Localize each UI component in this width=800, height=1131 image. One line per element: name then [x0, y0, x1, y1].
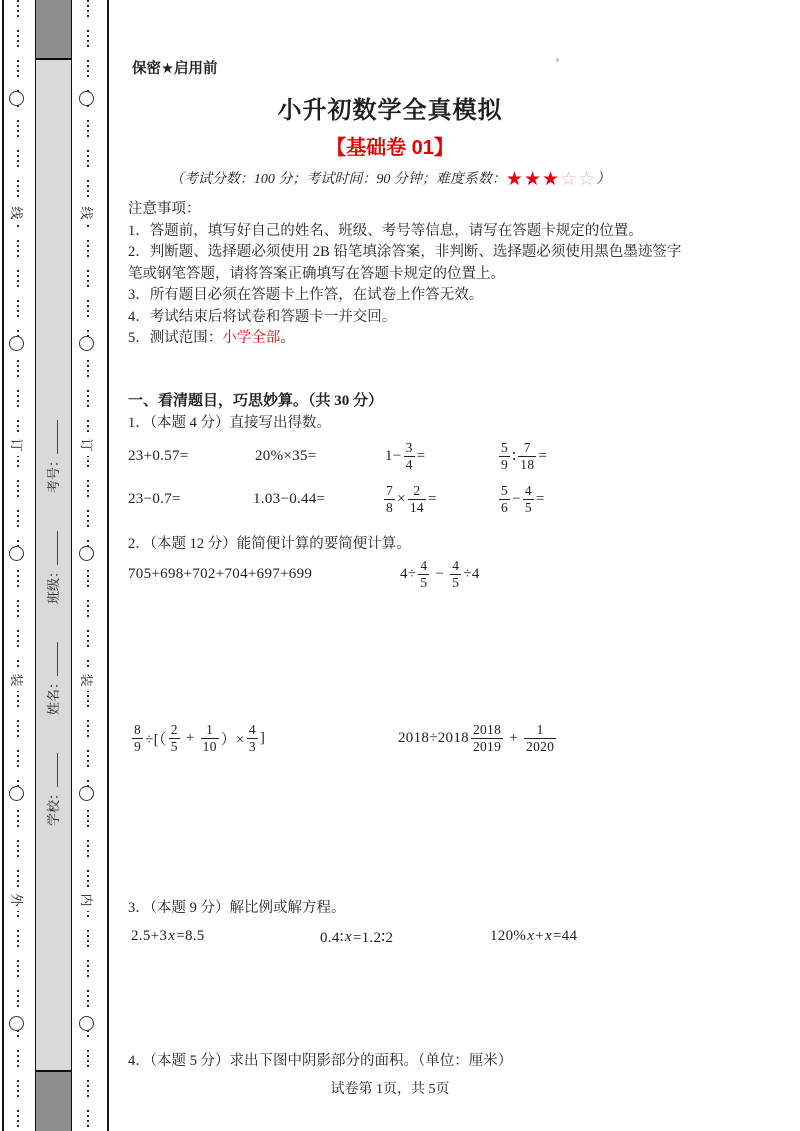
margin-separator-rule [107, 0, 109, 1131]
fraction: 34 [404, 440, 415, 471]
fraction: 45 [418, 558, 429, 589]
seal-circle [9, 1016, 24, 1031]
section-1-heading: 一、看清题目，巧思妙算。（共 30 分） [128, 389, 383, 410]
seal-dashed-line-right [87, 0, 89, 1131]
page-left-edge-rule [2, 0, 4, 1131]
paper-subtitle: 【基础卷 01】 [110, 131, 670, 160]
notice-item-5-prefix: 5．测试范围： [128, 330, 222, 346]
strip-dark-top [36, 0, 71, 60]
fraction: 89 [132, 722, 143, 753]
notice-item-4: 4．考试结束后将试卷和答题卡一并交回。 [128, 307, 688, 329]
page-footer: 试卷第 1页，共 5页 [110, 1078, 670, 1098]
question-2-text: 2．（本题 12 分）能简便计算的要简便计算。 [128, 532, 411, 553]
q1-expr-2: 20%×35= [255, 438, 317, 474]
q2-expr-1: 705+698+702+704+697+699 [128, 556, 312, 592]
seal-circle [9, 91, 24, 106]
notice-heading: 注意事项： [128, 199, 688, 221]
notice-item-2-cont: 笔或钢笔答题，请将答案正确填写在答题卡规定的位置上。 [128, 264, 688, 286]
seal-char-line: 线 [78, 202, 98, 224]
seal-char-bind: 装 [78, 669, 98, 691]
seal-char-stitch: 订 [8, 434, 28, 456]
examno-field: 考号： [46, 420, 61, 493]
seal-circle [79, 91, 94, 106]
fraction: 43 [247, 722, 258, 753]
star-filled-icons: ★★★ [506, 169, 560, 190]
page-title: 小升初数学全真模拟 [110, 90, 670, 125]
name-field: 姓名： [46, 642, 61, 715]
q1-expr-7: 78×214= [382, 481, 437, 517]
question-4-text: 4．（本题 5 分）求出下图中阴影部分的面积。（单位：厘米） [128, 1049, 512, 1070]
fraction: 12020 [524, 722, 556, 753]
exam-info-line: （考试分数：100 分；考试时间：90 分钟；难度系数：★★★☆☆） [110, 168, 670, 191]
notice-item-1: 1．答题前，填写好自己的姓名、班级、考号等信息，请写在答题卡规定的位置。 [128, 221, 688, 243]
seal-circle [9, 336, 24, 351]
name-blank [46, 642, 58, 676]
q3-eq-1: 2.5+3x=8.5 [131, 928, 205, 945]
q1-expr-1: 23+0.57= [128, 438, 189, 474]
seal-char-bind: 装 [8, 669, 28, 691]
star-empty-icons: ☆☆ [560, 169, 596, 190]
q1-expr-6: 1.03−0.44= [253, 481, 325, 517]
school-blank [46, 753, 58, 787]
fraction: 45 [523, 483, 534, 514]
notice-item-2: 2．判断题、选择题必须使用 2B 铅笔填涂答案，非判断、选择题必须使用黑色墨迹签… [128, 242, 688, 264]
seal-circle [9, 786, 24, 801]
exam-paper-page: { "seal": { "left_chars": ["线", "订", "装"… [0, 0, 800, 1131]
notice-item-5-suffix: 。 [280, 330, 295, 346]
print-speck [556, 58, 559, 62]
examno-blank [46, 420, 58, 454]
seal-circle [79, 786, 94, 801]
seal-char-inner: 内 [78, 889, 98, 911]
school-label: 学校： [46, 787, 61, 826]
notice-item-5: 5．测试范围：小学全部。 [128, 328, 688, 350]
fraction: 718 [518, 440, 536, 471]
fraction: 214 [408, 483, 426, 514]
seal-circle [79, 1016, 94, 1031]
exam-info-suffix: ） [596, 172, 610, 187]
notice-section: 注意事项： 1．答题前，填写好自己的姓名、班级、考号等信息，请写在答题卡规定的位… [128, 199, 688, 350]
seal-char-stitch: 订 [78, 434, 98, 456]
fraction: 25 [169, 722, 180, 753]
q1-expr-4: 59∶718= [497, 438, 547, 474]
q3-eq-2: 0.4∶x=1.2∶2 [320, 928, 393, 947]
q2-expr-3: 89÷[（25 + 110）×43] [130, 716, 265, 760]
seal-dashed-line-left [17, 0, 19, 1131]
class-blank [46, 531, 58, 565]
fraction: 110 [201, 722, 219, 753]
question-1-text: 1．（本题 4 分）直接写出得数。 [128, 411, 331, 432]
seal-circle [79, 546, 94, 561]
seal-circle [79, 336, 94, 351]
secrecy-notice: 保密★启用前 [132, 57, 218, 78]
fraction: 20182019 [471, 722, 503, 753]
q3-eq-3: 120%x+x=44 [490, 928, 577, 945]
seal-circle [9, 546, 24, 561]
fraction: 59 [499, 440, 510, 471]
seal-char-line: 线 [8, 202, 28, 224]
notice-item-3: 3．所有题目必须在答题卡上作答，在试卷上作答无效。 [128, 285, 688, 307]
school-field: 学校： [46, 753, 61, 826]
fraction: 78 [384, 483, 395, 514]
student-info-fields: 学校：姓名：班级：考号： [37, 376, 71, 832]
question-3-text: 3．（本题 9 分）解比例或解方程。 [128, 896, 346, 917]
fraction: 56 [499, 483, 510, 514]
q2-expr-4: 2018÷201820182019 + 12020 [398, 716, 558, 760]
class-field: 班级： [46, 531, 61, 604]
name-label: 姓名： [46, 676, 61, 715]
examno-label: 考号： [46, 454, 61, 493]
q1-expr-5: 23−0.7= [128, 481, 181, 517]
q1-expr-8: 56−45= [497, 481, 545, 517]
exam-info-prefix: （考试分数：100 分；考试时间：90 分钟；难度系数： [170, 172, 506, 187]
q1-expr-3: 1−34= [385, 438, 425, 474]
fraction: 45 [450, 558, 461, 589]
notice-item-5-scope: 小学全部 [222, 330, 280, 346]
strip-dark-bottom [36, 1070, 71, 1131]
q2-expr-2: 4÷45 − 45÷4 [400, 556, 480, 592]
seal-char-outer: 外 [8, 889, 28, 911]
class-label: 班级： [46, 565, 61, 604]
